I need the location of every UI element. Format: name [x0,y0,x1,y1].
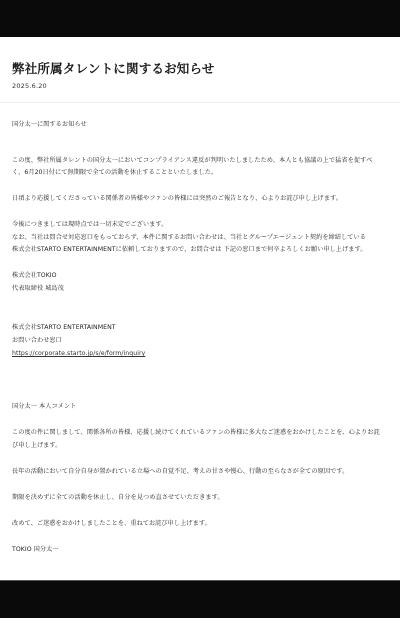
announcement-page: 弊社所属タレントに関するお知らせ 2025.6.20 国分太一に関するお知らせ … [0,37,400,580]
bottom-black-band [0,580,400,618]
signature-company: 株式会社TOKIO [12,272,57,280]
comment-para3: 期限を決めずに全ての活動を休止し、自分を見つめ直させていただきます。 [12,494,224,502]
article-header: 弊社所属タレントに関するお知らせ 2025.6.20 [0,37,400,103]
page-title: 弊社所属タレントに関するお知らせ [12,59,215,77]
contact-company: 株式会社STARTO ENTERTAINMENT [12,324,116,332]
notice-para3-line2: なお、当社は問合せ対応窓口をもっておらず、本件に関するお問い合わせは、当社とグル… [12,234,366,242]
notice-para3-line1: 今後につきましては現時点では一切未定でございます。 [12,221,167,229]
comment-heading: 国分太一 本人コメント [12,403,76,411]
notice-para1-line2: く、6月20日付にて無期限で全ての活動を休止することといたしました。 [12,169,217,177]
contact-label: お問い合わせ窓口 [12,337,62,345]
comment-para4: 改めて、ご迷惑をおかけしましたことを、重ねてお詫び申し上げます。 [12,520,211,528]
top-black-band [0,0,400,37]
notice-para3-line3: 株式会社STARTO ENTERTAINMENTに依頼しておりますので、お問合せ… [12,246,366,254]
notice-para2: 日頃より応援してくださっている関係者の皆様やファンの皆様には突然のご報告となり、… [12,195,342,203]
notice-para1-line1: この度、弊社所属タレントの国分太一においてコンプライアンス違反が判明いたしました… [12,157,372,165]
publish-date: 2025.6.20 [12,82,47,90]
contact-inquiry-link[interactable]: https://corporate.starto.jp/s/e/form/inq… [12,350,145,358]
comment-para1-line1: この度の件に関しまして、関係各所の皆様、応援し続けてくれているファンの皆様に多大… [12,429,380,437]
comment-signature: TOKIO 国分太一 [12,546,59,554]
comment-para1-line2: び申し上げます。 [12,442,61,450]
notice-heading: 国分太一に関するお知らせ [12,121,87,129]
signature-person: 代表取締役 城島茂 [12,285,64,293]
comment-para2: 長年の活動において自分自身が置かれている立場への自覚不足、考えの甘さや慢心、行動… [12,468,348,476]
